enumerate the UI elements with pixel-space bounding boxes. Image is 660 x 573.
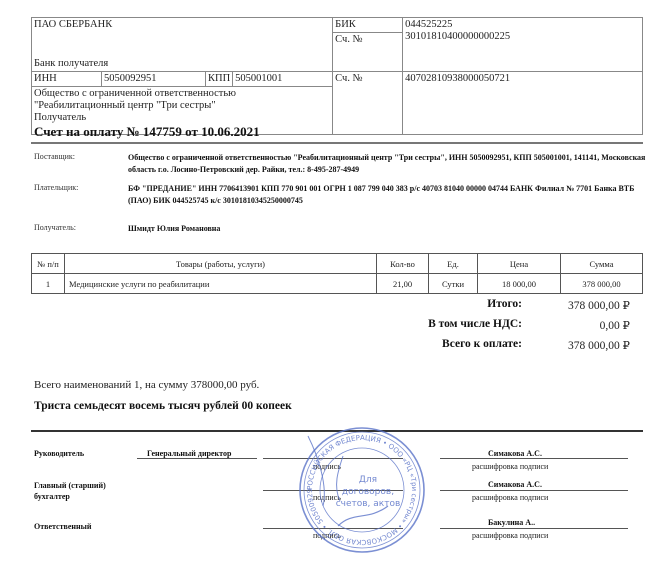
stamp-text-3: счетов, актов [336, 499, 401, 509]
payer-label: Плательщик: [34, 183, 124, 192]
recipient-name: Общество с ограниченной ответственностью… [34, 88, 319, 112]
responsible-decode-caption: расшифровка подписи [472, 531, 548, 540]
row-unit: Сутки [429, 274, 478, 294]
row-number: 1 [32, 274, 65, 294]
totals-block: Итого: 378 000,00 ₽ В том числе НДС: 0,0… [360, 298, 630, 358]
items-header-row: № п/п Товары (работы, услуги) Кол-во Ед.… [32, 254, 643, 274]
amount-in-words: Триста семьдесят восемь тысяч рублей 00 … [34, 400, 292, 412]
accountant-decode-caption: расшифровка подписи [472, 493, 548, 502]
position-line [137, 458, 257, 459]
stamp-text-1: Для [359, 475, 377, 485]
accountant-name: Симакова А.С. [488, 480, 542, 489]
row-sum: 378 000,00 [561, 274, 643, 294]
total-value: 378 000,00 ₽ [568, 298, 630, 312]
col-number: № п/п [32, 254, 65, 274]
bank-label: Банк получателя [32, 57, 333, 72]
company-stamp-icon: РОССИЙСКАЯ ФЕДЕРАЦИЯ • ООО «РЦ «Три сест… [298, 426, 426, 554]
accountant-role-2: бухгалтер [34, 492, 70, 501]
bik-value: 044525225 [405, 19, 640, 31]
accountant-name-line [440, 490, 628, 491]
inn-value: 5050092951 [102, 71, 206, 86]
items-count-summary: Всего наименований 1, на сумму 378000,00… [34, 379, 259, 391]
responsible-name: Бакулина А.. [488, 518, 535, 527]
corr-account-value: 30101810400000000225 [405, 31, 640, 43]
receiver-label: Получатель: [34, 223, 124, 232]
kpp-value: 505001001 [233, 71, 333, 86]
account-value: 40702810938000050721 [403, 71, 643, 134]
col-price: Цена [478, 254, 561, 274]
director-name-line [440, 458, 628, 459]
title-divider [31, 142, 643, 144]
row-price: 18 000,00 [478, 274, 561, 294]
kpp-label: КПП [206, 71, 233, 86]
row-qty: 21,00 [377, 274, 429, 294]
col-sum: Сумма [561, 254, 643, 274]
director-name: Симакова А.С. [488, 449, 542, 458]
col-unit: Ед. [429, 254, 478, 274]
items-table: № п/п Товары (работы, услуги) Кол-во Ед.… [31, 253, 643, 294]
stamp-text-2: договоров, [342, 487, 394, 497]
inn-label: ИНН [32, 71, 102, 86]
corr-account-label: Сч. № [333, 33, 403, 57]
supplier-label: Поставщик: [34, 152, 124, 161]
responsible-role: Ответственный [34, 522, 91, 531]
bank-details-table: ПАО СБЕРБАНК БИК 044525225 3010181040000… [31, 17, 643, 135]
col-qty: Кол-во [377, 254, 429, 274]
receiver-value: Шмидт Юлия Романовна [128, 223, 648, 235]
director-position: Генеральный директор [147, 449, 231, 458]
due-label: Всего к оплате: [442, 338, 522, 350]
recipient-label: Получатель [34, 112, 330, 124]
director-decode-caption: расшифровка подписи [472, 462, 548, 471]
account-label: Сч. № [333, 71, 403, 134]
col-goods: Товары (работы, услуги) [65, 254, 377, 274]
vat-value: 0,00 ₽ [600, 318, 630, 332]
vat-label: В том числе НДС: [428, 318, 522, 330]
bank-name: ПАО СБЕРБАНК [34, 19, 330, 31]
total-label: Итого: [487, 298, 522, 310]
supplier-value: Общество с ограниченной ответственностью… [128, 152, 648, 176]
invoice-title: Счет на оплату № 147759 от 10.06.2021 [34, 124, 260, 140]
due-value: 378 000,00 ₽ [568, 338, 630, 352]
accountant-role-1: Главный (старший) [34, 481, 106, 490]
payer-value: БФ "ПРЕДАНИЕ" ИНН 7706413901 КПП 770 901… [128, 183, 648, 207]
bik-label: БИК [333, 18, 403, 33]
responsible-name-line [440, 528, 628, 529]
row-goods: Медицинские услуги по реабилитации [65, 274, 377, 294]
table-row: 1 Медицинские услуги по реабилитации 21,… [32, 274, 643, 294]
director-role: Руководитель [34, 449, 84, 458]
